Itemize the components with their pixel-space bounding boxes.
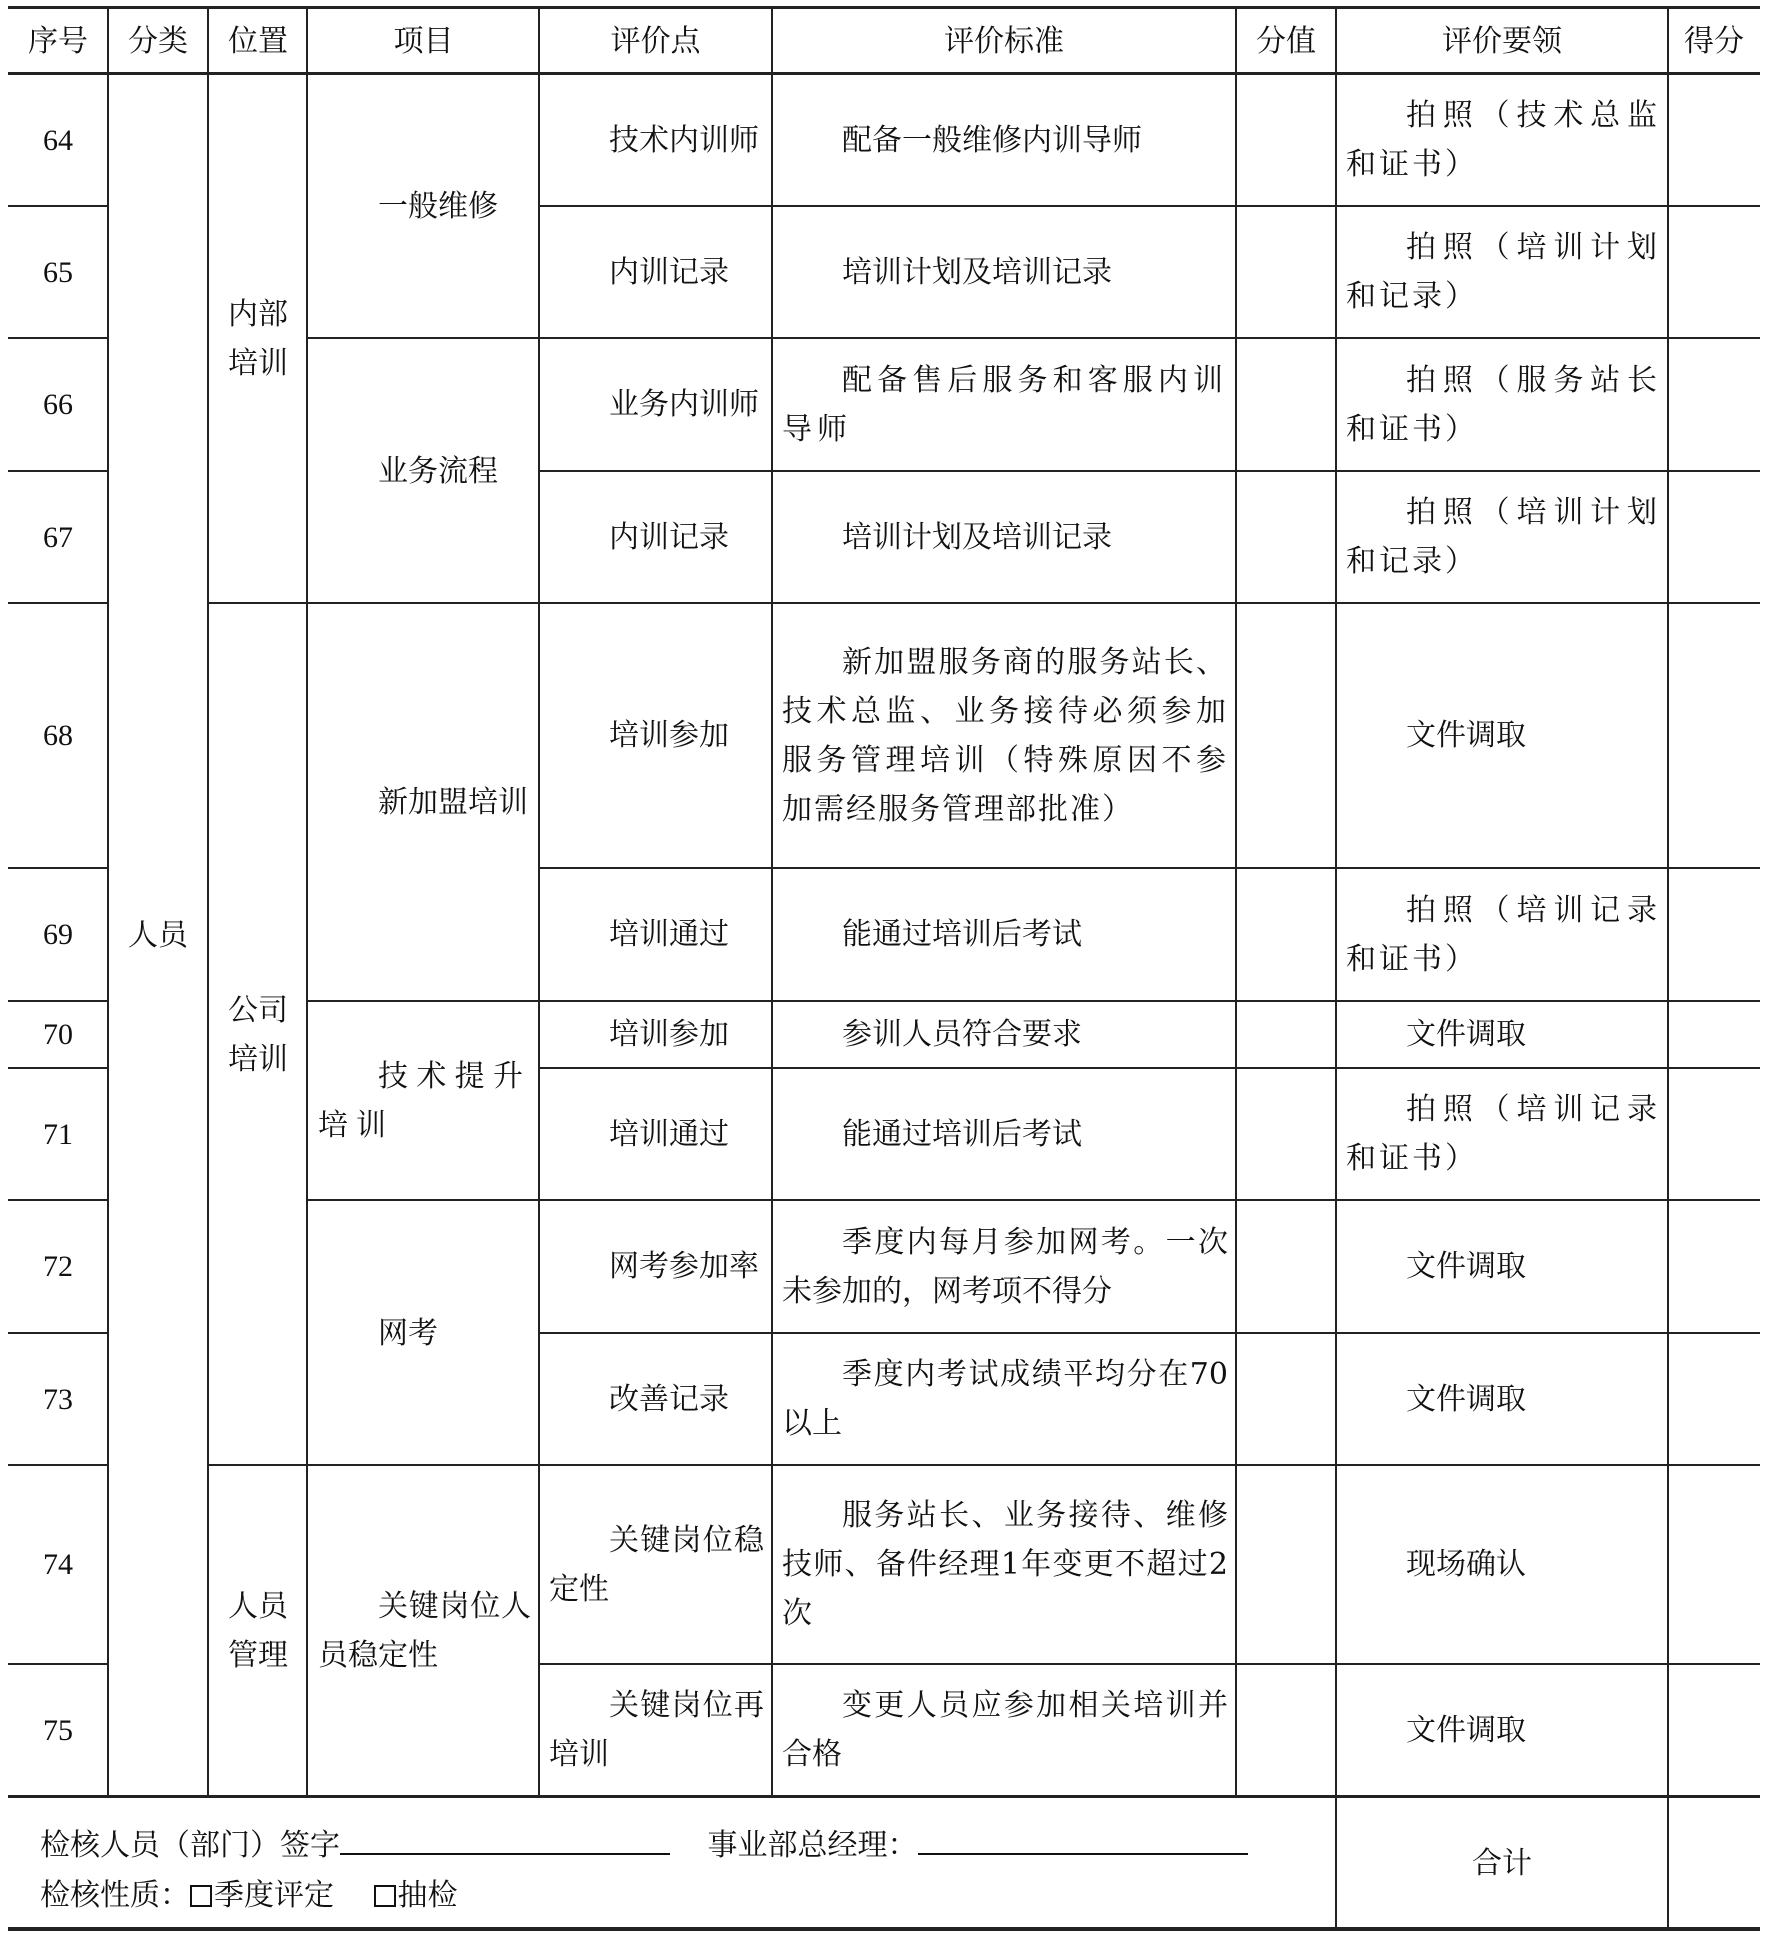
row-no: 75	[8, 1665, 108, 1795]
item-key-position-stability: 关键岗位人员稳定性	[308, 1466, 539, 1796]
row-score-value[interactable]	[1236, 1002, 1336, 1067]
row-eval-method: 拍照（培训记录和证书）	[1336, 1069, 1668, 1199]
row-no: 73	[8, 1334, 108, 1464]
row-eval-method: 拍照（培训计划和记录）	[1336, 207, 1668, 337]
row-eval-method: 文件调取	[1336, 1334, 1668, 1464]
row-score-value[interactable]	[1236, 207, 1336, 337]
row-score-value[interactable]	[1236, 1201, 1336, 1332]
row-score-value[interactable]	[1236, 75, 1336, 205]
row-eval-point: 培训参加	[539, 604, 772, 867]
item-business-process: 业务流程	[308, 339, 539, 603]
row-eval-standard: 能通过培训后考试	[772, 1069, 1236, 1199]
row-eval-method: 拍照（培训计划和记录）	[1336, 472, 1668, 602]
row-no: 65	[8, 207, 108, 337]
row-eval-point: 培训通过	[539, 1069, 772, 1199]
row-score[interactable]	[1668, 1069, 1760, 1199]
row-no: 68	[8, 604, 108, 867]
row-eval-standard: 培训计划及培训记录	[772, 207, 1236, 337]
row-eval-method: 拍照（技术总监和证书）	[1336, 75, 1668, 205]
row-eval-standard: 培训计划及培训记录	[772, 472, 1236, 602]
item-general-repair: 一般维修	[308, 75, 539, 338]
header-item: 项目	[308, 9, 539, 73]
row-eval-standard: 能通过培训后考试	[772, 869, 1236, 1000]
inspector-label: 检核人员（部门）签字	[40, 1828, 340, 1863]
row-score-value[interactable]	[1236, 472, 1336, 602]
spot-check-checkbox[interactable]	[374, 1885, 396, 1907]
row-score[interactable]	[1668, 1334, 1760, 1464]
row-score[interactable]	[1668, 339, 1760, 470]
header-no: 序号	[8, 9, 108, 73]
row-score[interactable]	[1668, 75, 1760, 205]
row-eval-point: 业务内训师	[539, 339, 772, 470]
row-eval-point: 关键岗位再培训	[539, 1665, 772, 1795]
row-score[interactable]	[1668, 207, 1760, 337]
item-new-franchise-training: 新加盟培训	[308, 604, 539, 1001]
manager-signature-field[interactable]	[918, 1829, 1248, 1855]
row-score[interactable]	[1668, 1466, 1760, 1663]
row-score[interactable]	[1668, 1002, 1760, 1067]
item-online-exam: 网考	[308, 1201, 539, 1465]
nature-label: 检核性质：	[40, 1878, 190, 1913]
header-eval-point: 评价点	[539, 9, 772, 73]
row-eval-method: 文件调取	[1336, 1665, 1668, 1795]
row-score[interactable]	[1668, 472, 1760, 602]
row-score-value[interactable]	[1236, 1466, 1336, 1663]
row-eval-point: 内训记录	[539, 472, 772, 602]
row-no: 67	[8, 472, 108, 602]
total-label: 合计	[1336, 1798, 1668, 1928]
row-eval-point: 培训通过	[539, 869, 772, 1000]
row-score-value[interactable]	[1236, 1069, 1336, 1199]
row-score-value[interactable]	[1236, 339, 1336, 470]
inspector-signature-field[interactable]	[340, 1829, 670, 1855]
quarterly-checkbox[interactable]	[190, 1885, 212, 1907]
row-score-value[interactable]	[1236, 1334, 1336, 1464]
row-eval-method: 文件调取	[1336, 604, 1668, 867]
manager-label: 事业部总经理：	[708, 1828, 918, 1863]
row-eval-point: 技术内训师	[539, 75, 772, 205]
item-tech-upgrade-training: 技术提升培训	[308, 1002, 539, 1200]
row-eval-point: 关键岗位稳定性	[539, 1466, 772, 1663]
row-score[interactable]	[1668, 604, 1760, 867]
row-no: 74	[8, 1466, 108, 1663]
row-no: 71	[8, 1069, 108, 1199]
category-cell: 人员	[108, 75, 208, 1796]
row-eval-method: 拍照（培训记录和证书）	[1336, 869, 1668, 1000]
row-score-value[interactable]	[1236, 1665, 1336, 1795]
row-score[interactable]	[1668, 1665, 1760, 1795]
row-eval-standard: 季度内每月参加网考。一次未参加的，网考项不得分	[772, 1201, 1236, 1332]
row-eval-point: 内训记录	[539, 207, 772, 337]
row-eval-method: 文件调取	[1336, 1002, 1668, 1067]
header-eval-standard: 评价标准	[772, 9, 1236, 73]
header-score-value: 分值	[1236, 9, 1336, 73]
row-eval-standard: 变更人员应参加相关培训并合格	[772, 1665, 1236, 1795]
header-score: 得分	[1668, 9, 1760, 73]
location-internal-training: 内部培训	[208, 75, 308, 603]
header-eval-method: 评价要领	[1336, 9, 1668, 73]
row-eval-point: 改善记录	[539, 1334, 772, 1464]
header-category: 分类	[108, 9, 208, 73]
row-score-value[interactable]	[1236, 604, 1336, 867]
row-no: 70	[8, 1002, 108, 1067]
row-no: 69	[8, 869, 108, 1000]
row-eval-standard: 季度内考试成绩平均分在70以上	[772, 1334, 1236, 1464]
row-eval-standard: 新加盟服务商的服务站长、技术总监、业务接待必须参加服务管理培训（特殊原因不参加需…	[772, 604, 1236, 867]
row-score[interactable]	[1668, 869, 1760, 1000]
inspection-nature-line: 检核性质：季度评定 抽检	[40, 1870, 458, 1914]
row-no: 64	[8, 75, 108, 205]
row-eval-method: 拍照（服务站长和证书）	[1336, 339, 1668, 470]
row-eval-standard: 参训人员符合要求	[772, 1002, 1236, 1067]
row-eval-point: 网考参加率	[539, 1201, 772, 1332]
signature-line: 检核人员（部门）签字 事业部总经理：	[40, 1820, 1248, 1864]
spot-check-option-label: 抽检	[398, 1878, 458, 1913]
row-score-value[interactable]	[1236, 869, 1336, 1000]
quarterly-option-label: 季度评定	[214, 1878, 334, 1913]
row-eval-method: 文件调取	[1336, 1201, 1668, 1332]
row-eval-standard: 配备一般维修内训导师	[772, 75, 1236, 205]
row-no: 72	[8, 1201, 108, 1332]
header-location: 位置	[208, 9, 308, 73]
row-no: 66	[8, 339, 108, 470]
row-eval-point: 培训参加	[539, 1002, 772, 1067]
location-company-training: 公司培训	[208, 604, 308, 1465]
location-personnel-mgmt: 人员管理	[208, 1466, 308, 1796]
row-score[interactable]	[1668, 1201, 1760, 1332]
total-value[interactable]	[1668, 1798, 1760, 1928]
row-eval-method: 现场确认	[1336, 1466, 1668, 1663]
row-eval-standard: 服务站长、业务接待、维修技师、备件经理1年变更不超过2次	[772, 1466, 1236, 1663]
row-eval-standard: 配备售后服务和客服内训导师	[772, 339, 1236, 470]
